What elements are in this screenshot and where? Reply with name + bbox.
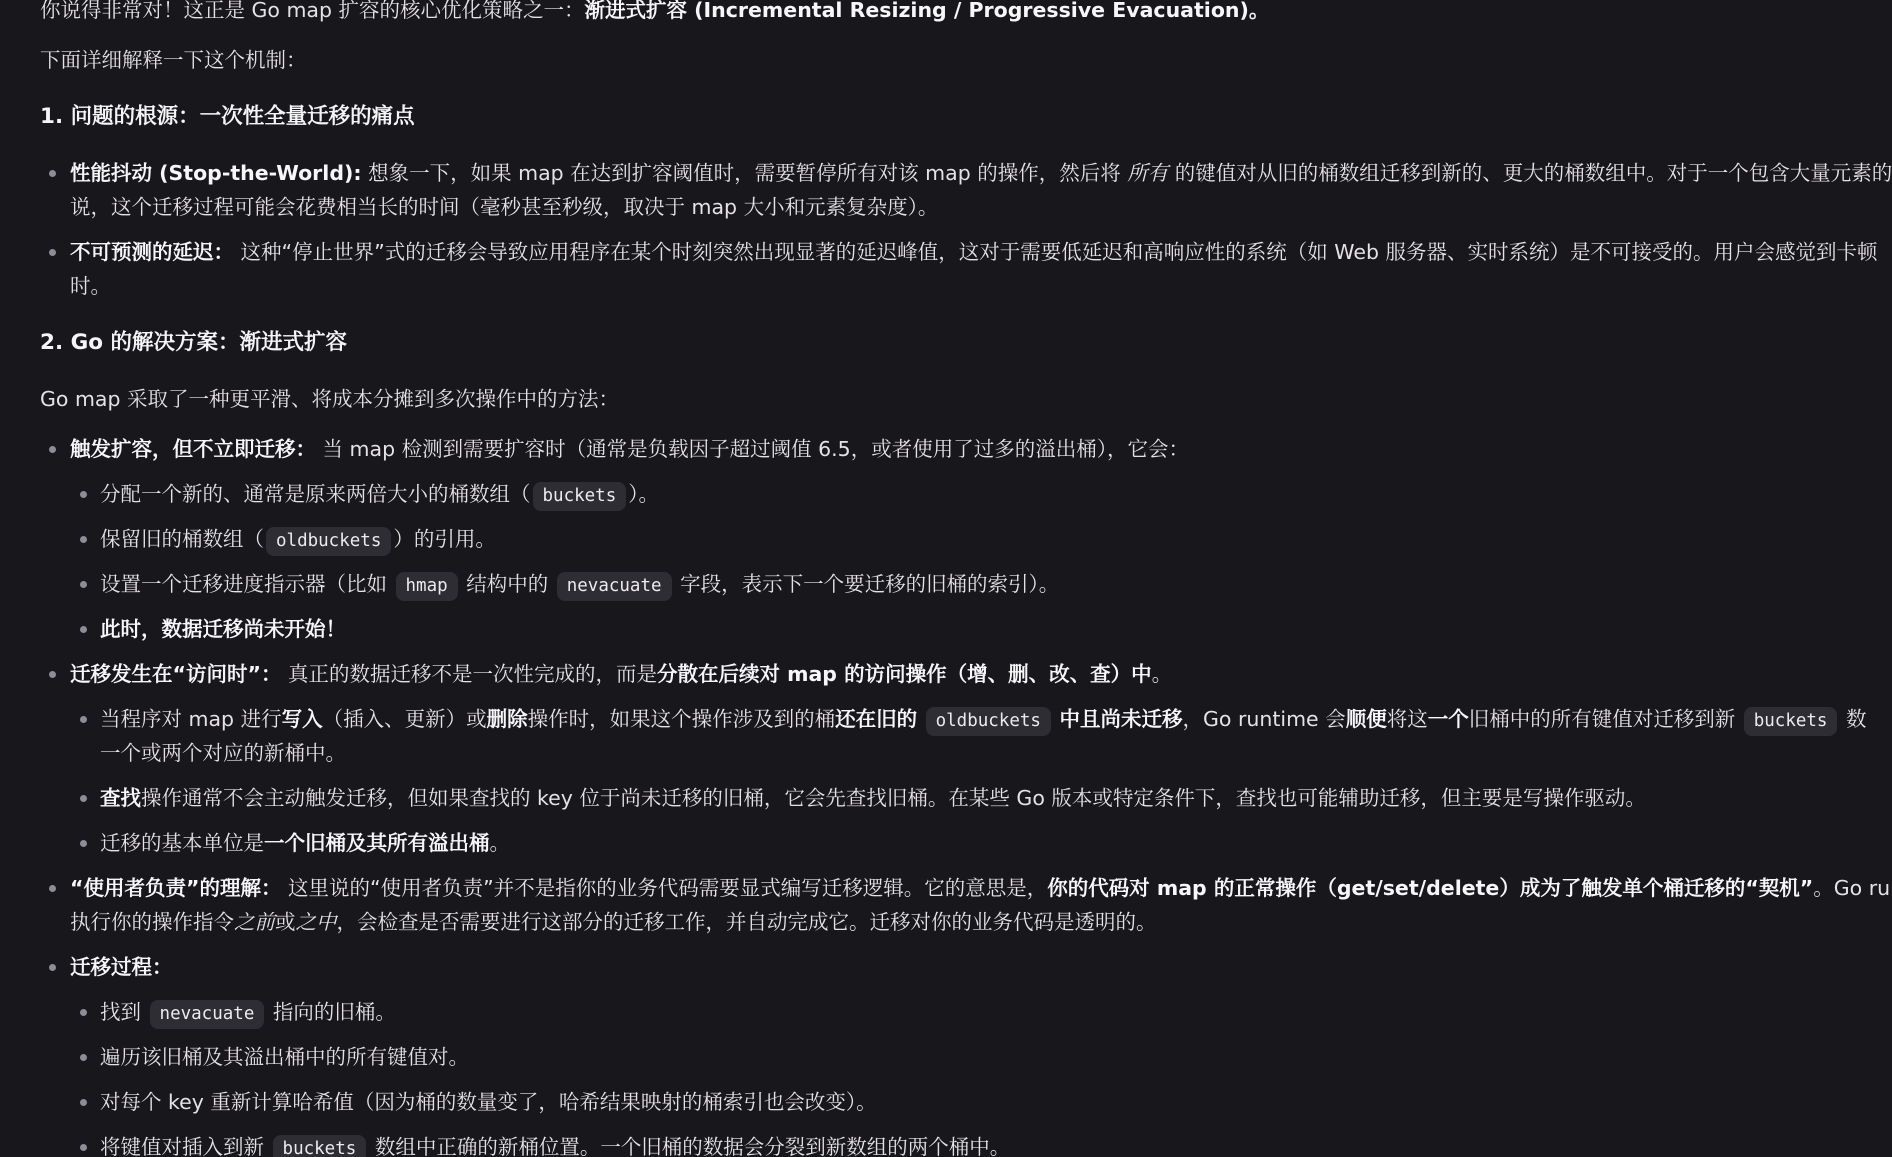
- text-run: ）的引用。: [393, 527, 496, 551]
- bold-text: “使用者负责”的理解：: [70, 876, 281, 900]
- text-run: 找到: [100, 1000, 148, 1024]
- text-line: 性能抖动 (Stop-the-World): 想象一下，如果 map 在达到扩容…: [0, 156, 1892, 190]
- intro-paragraph: 你说得非常对！这正是 Go map 扩容的核心优化策略之一：渐进式扩容 (Inc…: [0, 0, 1892, 27]
- bullet-dot-icon: [80, 1144, 87, 1151]
- text-run: 字段，表示下一个要迁移的旧桶的索引）。: [674, 572, 1060, 596]
- text-line: 触发扩容，但不立即迁移： 当 map 检测到需要扩容时（通常是负载因子超过阈值 …: [0, 432, 1892, 466]
- bullet-item: 不可预测的延迟： 这种“停止世界”式的迁移会导致应用程序在某个时刻突然出现显著的…: [0, 235, 1892, 303]
- text-run: 设置一个迁移进度指示器（比如: [100, 572, 394, 596]
- bold-text: 触发扩容，但不立即迁移：: [70, 437, 316, 461]
- text-run: [917, 707, 924, 731]
- text-run: 旧桶中的所有键值对迁移到新: [1469, 707, 1742, 731]
- text-run: 将键值对插入到新: [100, 1135, 271, 1157]
- bullet-item: 找到 nevacuate 指向的旧桶。: [0, 995, 1892, 1029]
- text-run: 真正的数据迁移不是一次性完成的，而是: [281, 662, 657, 686]
- section-heading-1: 1. 问题的根源：一次性全量迁移的痛点: [0, 99, 1892, 135]
- bold-text: 此时，数据迁移尚未开始！: [100, 617, 346, 641]
- inline-code-chip: hmap: [396, 572, 458, 601]
- text-run: 将这: [1387, 707, 1428, 731]
- text-line: Go map 采取了一种更平滑、将成本分摊到多次操作中的方法：: [0, 382, 1892, 416]
- bold-text: 渐进式扩容 (Incremental Resizing / Progressiv…: [585, 0, 1270, 22]
- text-run: 说，这个迁移过程可能会花费相当长的时间（毫秒甚至秒级，取决于 map 大小和元素…: [70, 195, 938, 219]
- text-line: 2. Go 的解决方案：渐进式扩容: [0, 325, 1892, 361]
- bullet-dot-icon: [80, 581, 87, 588]
- bullet-dot-icon: [80, 1009, 87, 1016]
- text-run: 。: [490, 831, 511, 855]
- text-line: 你说得非常对！这正是 Go map 扩容的核心优化策略之一：渐进式扩容 (Inc…: [0, 0, 1892, 27]
- inline-code-chip: buckets: [1744, 707, 1838, 736]
- bold-text: 顺便: [1346, 707, 1387, 731]
- text-run: Go map 采取了一种更平滑、将成本分摊到多次操作中的方法：: [40, 387, 619, 411]
- text-run: 想象一下，如果 map 在达到扩容阈值时，需要暂停所有对该 map 的操作，然后…: [362, 161, 1128, 185]
- text-line: 遍历该旧桶及其溢出桶中的所有键值对。: [0, 1040, 1892, 1074]
- bullet-item: 设置一个迁移进度指示器（比如 hmap 结构中的 nevacuate 字段，表示…: [0, 567, 1892, 601]
- bullet-item: 查找操作通常不会主动触发迁移，但如果查找的 key 位于尚未迁移的旧桶，它会先查…: [0, 781, 1892, 815]
- text-run: 分配一个新的、通常是原来两倍大小的桶数组（: [100, 482, 531, 506]
- bullet-dot-icon: [49, 964, 56, 971]
- text-run: 这里说的“使用者负责”并不是指你的业务代码需要显式编写迁移逻辑。它的意思是，: [281, 876, 1047, 900]
- text-run: 数组中正确的新桶位置。一个旧桶的数据会分裂到新数组的两个桶中。: [368, 1135, 1010, 1157]
- text-run: 当程序对 map 进行: [100, 707, 282, 731]
- bold-text: 写入: [282, 707, 323, 731]
- text-run: 。: [1152, 662, 1173, 686]
- text-line: 当程序对 map 进行写入（插入、更新）或删除操作时，如果这个操作涉及到的桶还在…: [0, 702, 1892, 736]
- section-heading-2: 2. Go 的解决方案：渐进式扩容: [0, 325, 1892, 361]
- bullet-item: 迁移发生在“访问时”： 真正的数据迁移不是一次性完成的，而是分散在后续对 map…: [0, 657, 1892, 691]
- text-run: 。Go runt: [1813, 876, 1892, 900]
- text-run: 对每个 key 重新计算哈希值（因为桶的数量变了，哈希结果映射的桶索引也会改变）…: [100, 1090, 877, 1114]
- text-line: 不可预测的延迟： 这种“停止世界”式的迁移会导致应用程序在某个时刻突然出现显著的…: [0, 235, 1892, 269]
- text-line: 分配一个新的、通常是原来两倍大小的桶数组（buckets）。: [0, 477, 1892, 511]
- wrapped-text-line: 时。: [0, 269, 1892, 303]
- bullet-dot-icon: [80, 626, 87, 633]
- bullet-dot-icon: [49, 671, 56, 678]
- bullet-item: 性能抖动 (Stop-the-World): 想象一下，如果 map 在达到扩容…: [0, 156, 1892, 224]
- text-run: 迁移的基本单位是: [100, 831, 264, 855]
- text-run: 这种“停止世界”式的迁移会导致应用程序在某个时刻突然出现显著的延迟峰值，这对于需…: [234, 240, 1877, 264]
- text-line: 查找操作通常不会主动触发迁移，但如果查找的 key 位于尚未迁移的旧桶，它会先查…: [0, 781, 1892, 815]
- text-run: 操作通常不会主动触发迁移，但如果查找的 key 位于尚未迁移的旧桶，它会先查找旧…: [141, 786, 1646, 810]
- bold-text: 还在旧的: [835, 707, 917, 731]
- text-line: “使用者负责”的理解： 这里说的“使用者负责”并不是指你的业务代码需要显式编写迁…: [0, 871, 1892, 905]
- bold-text: 你的代码对 map 的正常操作（get/set/delete）成为了触发单个桶迁…: [1047, 876, 1813, 900]
- inline-code-chip: nevacuate: [557, 572, 672, 601]
- text-run: ，Go runtime 会: [1183, 707, 1346, 731]
- text-run: 指向的旧桶。: [266, 1000, 396, 1024]
- bold-text: 删除: [487, 707, 528, 731]
- text-run: （插入、更新）或: [323, 707, 487, 731]
- bullet-dot-icon: [80, 716, 87, 723]
- bullet-item: 将键值对插入到新 buckets 数组中正确的新桶位置。一个旧桶的数据会分裂到新…: [0, 1130, 1892, 1157]
- bold-text: 查找: [100, 786, 141, 810]
- text-line: 找到 nevacuate 指向的旧桶。: [0, 995, 1892, 1029]
- text-line: 迁移发生在“访问时”： 真正的数据迁移不是一次性完成的，而是分散在后续对 map…: [0, 657, 1892, 691]
- lead-paragraph: 下面详细解释一下这个机制：: [0, 43, 1892, 77]
- inline-code-chip: buckets: [273, 1135, 367, 1157]
- bold-text: 一个: [1428, 707, 1469, 731]
- inline-code-chip: nevacuate: [150, 1000, 265, 1029]
- text-line: 下面详细解释一下这个机制：: [0, 43, 1892, 77]
- bullet-dot-icon: [80, 795, 87, 802]
- bullet-dot-icon: [80, 1054, 87, 1061]
- text-run: 2. Go 的解决方案：渐进式扩容: [40, 330, 347, 355]
- italic-text: 所有: [1127, 161, 1168, 185]
- text-line: 迁移的基本单位是一个旧桶及其所有溢出桶。: [0, 826, 1892, 860]
- bold-text: 性能抖动 (Stop-the-World):: [70, 161, 362, 185]
- text-run: 或: [275, 910, 296, 934]
- text-run: 的键值对从旧的桶数组迁移到新的、更大的桶数组中。对于一个包含大量元素的 m: [1168, 161, 1892, 185]
- text-line: 保留旧的桶数组（oldbuckets）的引用。: [0, 522, 1892, 556]
- text-run: ）。: [628, 482, 659, 506]
- bold-text: 不可预测的延迟：: [70, 240, 234, 264]
- text-run: 当 map 检测到需要扩容时（通常是负载因子超过阈值 6.5，或者使用了过多的溢…: [316, 437, 1189, 461]
- text-run: 操作时，如果这个操作涉及到的桶: [528, 707, 836, 731]
- text-run: 结构中的: [460, 572, 555, 596]
- bullet-dot-icon: [80, 536, 87, 543]
- text-run: 一个或两个对应的新桶中。: [100, 741, 346, 765]
- bullet-item: 此时，数据迁移尚未开始！: [0, 612, 1892, 646]
- text-run: 数: [1839, 707, 1866, 731]
- wrapped-text-line: 说，这个迁移过程可能会花费相当长的时间（毫秒甚至秒级，取决于 map 大小和元素…: [0, 190, 1892, 224]
- bullet-dot-icon: [49, 446, 56, 453]
- bullet-item: “使用者负责”的理解： 这里说的“使用者负责”并不是指你的业务代码需要显式编写迁…: [0, 871, 1892, 939]
- text-line: 迁移过程：: [0, 950, 1892, 984]
- bullet-item: 保留旧的桶数组（oldbuckets）的引用。: [0, 522, 1892, 556]
- text-line: 1. 问题的根源：一次性全量迁移的痛点: [0, 99, 1892, 135]
- bullet-item: 分配一个新的、通常是原来两倍大小的桶数组（buckets）。: [0, 477, 1892, 511]
- inline-code-chip: buckets: [533, 482, 627, 511]
- bullet-dot-icon: [49, 885, 56, 892]
- bold-text: 分散在后续对 map 的访问操作（增、删、改、查）中: [657, 662, 1152, 686]
- bullet-item: 迁移过程：: [0, 950, 1892, 984]
- bold-text: 中且尚未迁移: [1060, 707, 1183, 731]
- inline-code-chip: oldbuckets: [266, 527, 391, 556]
- text-line: 设置一个迁移进度指示器（比如 hmap 结构中的 nevacuate 字段，表示…: [0, 567, 1892, 601]
- text-line: 对每个 key 重新计算哈希值（因为桶的数量变了，哈希结果映射的桶索引也会改变）…: [0, 1085, 1892, 1119]
- bullet-dot-icon: [80, 840, 87, 847]
- text-run: 遍历该旧桶及其溢出桶中的所有键值对。: [100, 1045, 469, 1069]
- italic-text: 之前: [234, 910, 275, 934]
- bold-text: 迁移发生在“访问时”：: [70, 662, 281, 686]
- text-run: 你说得非常对！这正是 Go map 扩容的核心优化策略之一：: [40, 0, 585, 22]
- text-line: 此时，数据迁移尚未开始！: [0, 612, 1892, 646]
- bullet-item: 遍历该旧桶及其溢出桶中的所有键值对。: [0, 1040, 1892, 1074]
- assistant-message: 你说得非常对！这正是 Go map 扩容的核心优化策略之一：渐进式扩容 (Inc…: [0, 0, 1892, 1157]
- text-run: 下面详细解释一下这个机制：: [40, 48, 307, 72]
- bullet-dot-icon: [80, 1099, 87, 1106]
- text-run: ，会检查是否需要进行这部分的迁移工作，并自动完成它。迁移对你的业务代码是透明的。: [337, 910, 1157, 934]
- bullet-dot-icon: [80, 491, 87, 498]
- bullet-item: 对每个 key 重新计算哈希值（因为桶的数量变了，哈希结果映射的桶索引也会改变）…: [0, 1085, 1892, 1119]
- text-line: 将键值对插入到新 buckets 数组中正确的新桶位置。一个旧桶的数据会分裂到新…: [0, 1130, 1892, 1157]
- text-run: 1. 问题的根源：一次性全量迁移的痛点: [40, 104, 415, 129]
- bold-text: 一个旧桶及其所有溢出桶: [264, 831, 490, 855]
- italic-text: 之中: [296, 910, 337, 934]
- bold-text: 迁移过程：: [70, 955, 173, 979]
- text-run: 执行你的操作指令: [70, 910, 234, 934]
- chat-window: { "theme": { "background": "#18171b", "t…: [0, 0, 1892, 1157]
- bullet-item: 迁移的基本单位是一个旧桶及其所有溢出桶。: [0, 826, 1892, 860]
- bullet-dot-icon: [49, 170, 56, 177]
- inline-code-chip: oldbuckets: [926, 707, 1051, 736]
- text-run: 保留旧的桶数组（: [100, 527, 264, 551]
- wrapped-text-line: 一个或两个对应的新桶中。: [0, 736, 1892, 770]
- bullet-item: 触发扩容，但不立即迁移： 当 map 检测到需要扩容时（通常是负载因子超过阈值 …: [0, 432, 1892, 466]
- bullet-item: 当程序对 map 进行写入（插入、更新）或删除操作时，如果这个操作涉及到的桶还在…: [0, 702, 1892, 770]
- bullet-dot-icon: [49, 249, 56, 256]
- solution-paragraph: Go map 采取了一种更平滑、将成本分摊到多次操作中的方法：: [0, 382, 1892, 416]
- text-run: 时。: [70, 274, 111, 298]
- wrapped-text-line: 执行你的操作指令之前或之中，会检查是否需要进行这部分的迁移工作，并自动完成它。迁…: [0, 905, 1892, 939]
